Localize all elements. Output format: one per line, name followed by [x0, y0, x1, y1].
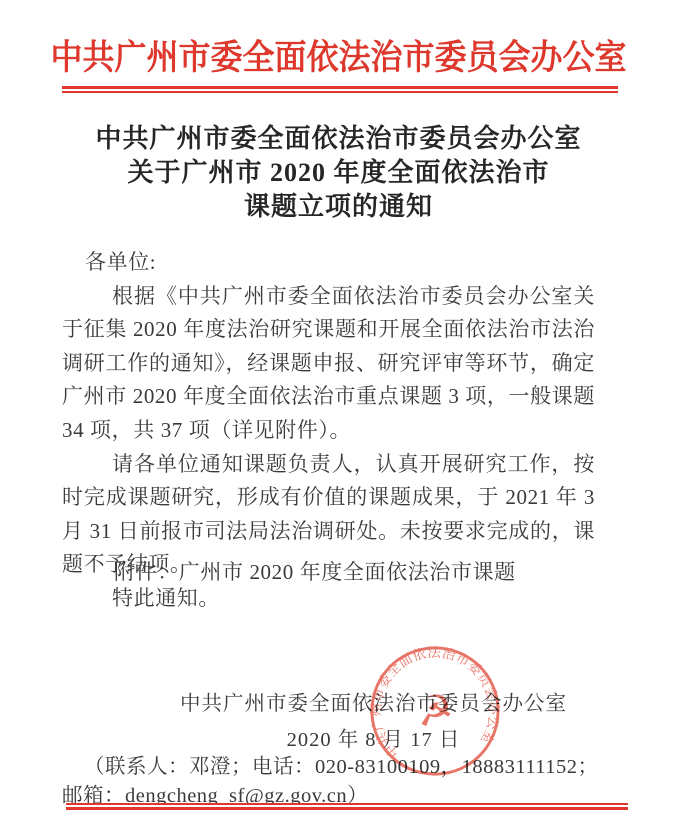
attachment-reference: 附件：广州市 2020 年度全面依法治市课题 — [62, 556, 595, 590]
document-title-line3: 课题立项的通知 — [0, 190, 677, 224]
letterhead-double-rule — [62, 86, 618, 93]
contact-line-1: （联系人：邓澄；电话：020-83100109，18883111152； — [62, 753, 607, 782]
document-title-line1: 中共广州市委全面依法治市委员会办公室 — [0, 122, 677, 156]
footer-double-rule — [66, 803, 628, 810]
salutation: 各单位: — [62, 246, 595, 280]
letterhead-org-name: 中共广州市委全面依法治市委员会办公室 — [0, 32, 677, 82]
signoff-block: 中共广州市委全面依法治市委员会办公室 2020 年 8 月 17 日 — [180, 686, 567, 758]
contact-info: （联系人：邓澄；电话：020-83100109，18883111152； 邮箱：… — [62, 753, 607, 810]
document-title: 中共广州市委全面依法治市委员会办公室 关于广州市 2020 年度全面依法治市 课… — [0, 122, 677, 224]
body-paragraph-1: 根据《中共广州市委全面依法治市委员会办公室关于征集 2020 年度法治研究课题和… — [62, 280, 595, 448]
document-page: 中共广州市委全面依法治市委员会办公室 中共广州市委全面依法治市委员会办公室 关于… — [0, 0, 677, 825]
document-title-line2: 关于广州市 2020 年度全面依法治市 — [0, 156, 677, 190]
signoff-org-name: 中共广州市委全面依法治市委员会办公室 — [180, 686, 567, 722]
